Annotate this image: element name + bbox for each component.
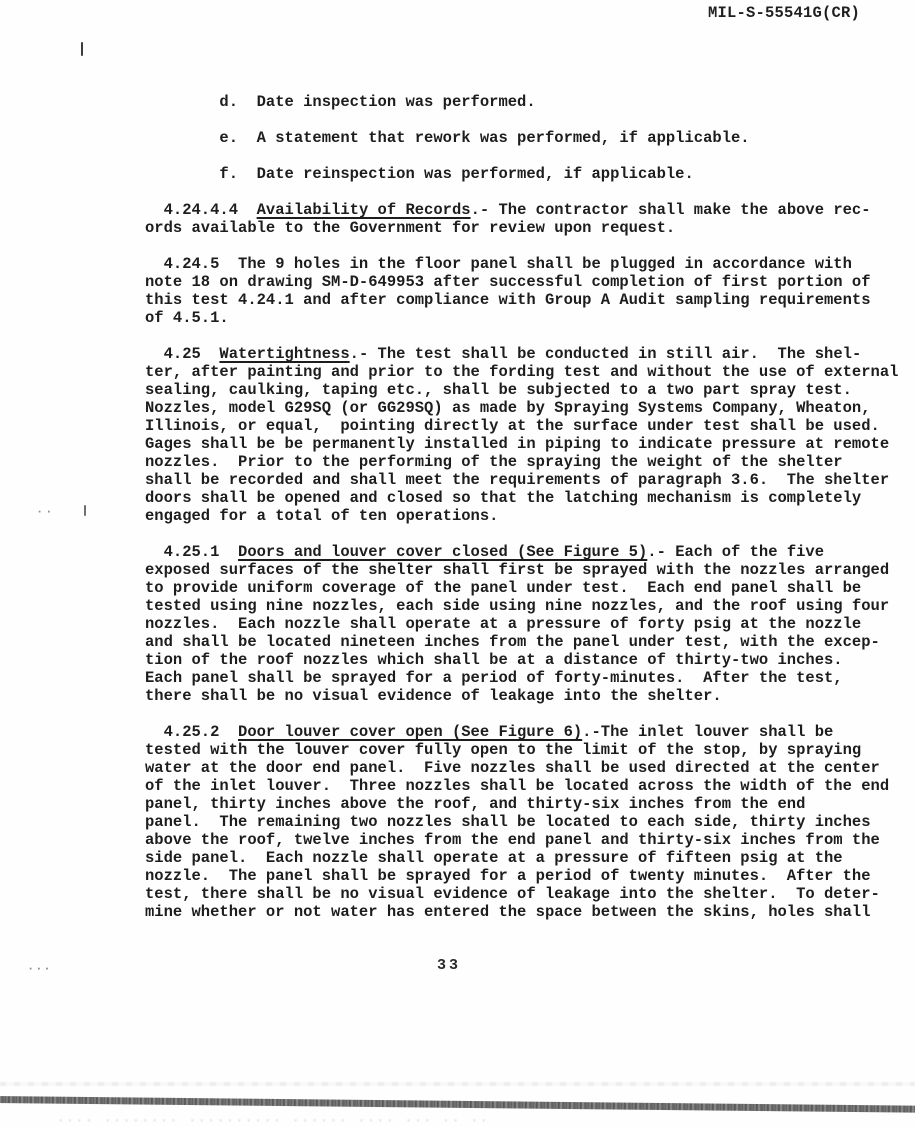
text-segment: Each panel shall be sprayed for a period…	[145, 669, 843, 687]
text-segment: sealing, caulking, taping etc., shall be…	[145, 381, 852, 399]
text-segment: panel. The remaining two nozzles shall b…	[145, 813, 871, 831]
text-line: Each panel shall be sprayed for a period…	[145, 669, 915, 687]
text-line: above the roof, twelve inches from the e…	[145, 831, 915, 849]
text-segment: .- Each of the five	[647, 543, 824, 561]
scanned-page: MIL-S-55541G(CR) d. Date inspection was …	[0, 0, 915, 1127]
text-segment: exposed surfaces of the shelter shall fi…	[145, 561, 889, 579]
text-line: 4.25 Watertightness.- The test shall be …	[145, 345, 915, 363]
text-line: ords available to the Government for rev…	[145, 219, 915, 237]
text-line: tested using nine nozzles, each side usi…	[145, 597, 915, 615]
text-segment: nozzles. Prior to the performing of the …	[145, 453, 843, 471]
text-segment: .- The test shall be conducted in still …	[350, 345, 862, 363]
text-line: this test 4.24.1 and after compliance wi…	[145, 291, 915, 309]
text-line: tion of the roof nozzles which shall be …	[145, 651, 915, 669]
text-line: and shall be located nineteen inches fro…	[145, 633, 915, 651]
text-segment: ter, after painting and prior to the for…	[145, 363, 898, 381]
text-line: engaged for a total of ten operations.	[145, 507, 915, 525]
text-segment: to provide uniform coverage of the panel…	[145, 579, 861, 597]
paragraph-4-24-4-4: 4.24.4.4 Availability of Records.- The c…	[145, 201, 915, 237]
text-line: water at the door end panel. Five nozzle…	[145, 759, 915, 777]
text-segment: panel, thirty inches above the roof, and…	[145, 795, 805, 813]
text-line: note 18 on drawing SM-D-649953 after suc…	[145, 273, 915, 291]
text-segment: of the inlet louver. Three nozzles shall…	[145, 777, 889, 795]
text-segment: f. Date reinspection was performed, if a…	[145, 165, 694, 183]
text-line: tested with the louver cover fully open …	[145, 741, 915, 759]
paragraph-4-24-5: 4.24.5 The 9 holes in the floor panel sh…	[145, 255, 915, 327]
text-line: 4.24.5 The 9 holes in the floor panel sh…	[145, 255, 915, 273]
list-item-d: d. Date inspection was performed.	[145, 93, 915, 111]
text-line: of 4.5.1.	[145, 309, 915, 327]
scanner-edge-band	[0, 1096, 915, 1113]
text-line: of the inlet louver. Three nozzles shall…	[145, 777, 915, 795]
text-line: side panel. Each nozzle shall operate at…	[145, 849, 915, 867]
scan-noise-text: ···· ········ ·········· ······ ···· ···…	[58, 1116, 490, 1126]
text-segment: tion of the roof nozzles which shall be …	[145, 651, 843, 669]
text-line: Illinois, or equal, pointing directly at…	[145, 417, 915, 435]
text-segment: shall be recorded and shall meet the req…	[145, 471, 889, 489]
text-line: Gages shall be be permanently installed …	[145, 435, 915, 453]
text-line: test, there shall be no visual evidence …	[145, 885, 915, 903]
text-segment: e. A statement that rework was performed…	[145, 129, 750, 147]
scan-artifact-margin-tick-top	[81, 42, 83, 56]
underlined-heading-text: Availability of Records	[257, 201, 471, 219]
text-segment: 4.25	[145, 345, 219, 363]
text-segment: 4.25.2	[145, 723, 238, 741]
text-line: 4.25.1 Doors and louver cover closed (Se…	[145, 543, 915, 561]
paragraph-4-25-2: 4.25.2 Door louver cover open (See Figur…	[145, 723, 915, 921]
text-segment: Gages shall be be permanently installed …	[145, 435, 889, 453]
text-segment: water at the door end panel. Five nozzle…	[145, 759, 880, 777]
text-segment: tested with the louver cover fully open …	[145, 741, 861, 759]
text-line: shall be recorded and shall meet the req…	[145, 471, 915, 489]
list-item-e: e. A statement that rework was performed…	[145, 129, 915, 147]
text-line: to provide uniform coverage of the panel…	[145, 579, 915, 597]
text-line: panel. The remaining two nozzles shall b…	[145, 813, 915, 831]
text-segment: test, there shall be no visual evidence …	[145, 885, 880, 903]
text-line: sealing, caulking, taping etc., shall be…	[145, 381, 915, 399]
text-line: exposed surfaces of the shelter shall fi…	[145, 561, 915, 579]
text-line: d. Date inspection was performed.	[145, 93, 915, 111]
text-segment: this test 4.24.1 and after compliance wi…	[145, 291, 871, 309]
text-segment: engaged for a total of ten operations.	[145, 507, 498, 525]
text-segment: Nozzles, model G29SQ (or GG29SQ) as made…	[145, 399, 871, 417]
text-segment: doors shall be opened and closed so that…	[145, 489, 861, 507]
text-line: nozzle. The panel shall be sprayed for a…	[145, 867, 915, 885]
text-segment: .- The contractor shall make the above r…	[471, 201, 871, 219]
page-number: 33	[437, 957, 461, 974]
text-line: ter, after painting and prior to the for…	[145, 363, 915, 381]
text-segment: nozzle. The panel shall be sprayed for a…	[145, 867, 871, 885]
underlined-heading-text: Doors and louver cover closed (See Figur…	[238, 543, 647, 561]
text-segment: 4.24.4.4	[145, 201, 257, 219]
text-segment: .-The inlet louver shall be	[582, 723, 833, 741]
text-line: nozzles. Prior to the performing of the …	[145, 453, 915, 471]
text-segment: tested using nine nozzles, each side usi…	[145, 597, 889, 615]
text-line: e. A statement that rework was performed…	[145, 129, 915, 147]
text-segment: there shall be no visual evidence of lea…	[145, 687, 722, 705]
underlined-heading-text: Door louver cover open (See Figure 6)	[238, 723, 582, 741]
list-item-f: f. Date reinspection was performed, if a…	[145, 165, 915, 183]
text-line: doors shall be opened and closed so that…	[145, 489, 915, 507]
text-line: mine whether or not water has entered th…	[145, 903, 915, 921]
text-line: 4.25.2 Door louver cover open (See Figur…	[145, 723, 915, 741]
text-segment: note 18 on drawing SM-D-649953 after suc…	[145, 273, 871, 291]
document-body: d. Date inspection was performed. e. A s…	[145, 93, 915, 921]
text-line: panel, thirty inches above the roof, and…	[145, 795, 915, 813]
text-segment: nozzles. Each nozzle shall operate at a …	[145, 615, 861, 633]
underlined-heading-text: Watertightness	[219, 345, 349, 363]
scan-artifact-margin-dots-mid: ··	[36, 505, 54, 519]
paragraph-4-25: 4.25 Watertightness.- The test shall be …	[145, 345, 915, 525]
document-ref-number: MIL-S-55541G(CR)	[0, 4, 860, 22]
text-segment: Illinois, or equal, pointing directly at…	[145, 417, 880, 435]
text-segment: of 4.5.1.	[145, 309, 229, 327]
text-line: 4.24.4.4 Availability of Records.- The c…	[145, 201, 915, 219]
text-segment: 4.24.5 The 9 holes in the floor panel sh…	[145, 255, 852, 273]
text-segment: ords available to the Government for rev…	[145, 219, 675, 237]
paragraph-4-25-1: 4.25.1 Doors and louver cover closed (Se…	[145, 543, 915, 705]
text-segment: side panel. Each nozzle shall operate at…	[145, 849, 843, 867]
scan-artifact-margin-dots-bottom: ···	[27, 962, 52, 976]
text-line: Nozzles, model G29SQ (or GG29SQ) as made…	[145, 399, 915, 417]
text-segment: and shall be located nineteen inches fro…	[145, 633, 880, 651]
scan-artifact-haze	[0, 1082, 915, 1086]
scan-artifact-margin-tick-mid	[84, 505, 86, 516]
text-segment: above the roof, twelve inches from the e…	[145, 831, 880, 849]
text-segment: 4.25.1	[145, 543, 238, 561]
text-segment: mine whether or not water has entered th…	[145, 903, 871, 921]
text-line: nozzles. Each nozzle shall operate at a …	[145, 615, 915, 633]
text-segment: d. Date inspection was performed.	[145, 93, 536, 111]
text-line: there shall be no visual evidence of lea…	[145, 687, 915, 705]
text-line: f. Date reinspection was performed, if a…	[145, 165, 915, 183]
